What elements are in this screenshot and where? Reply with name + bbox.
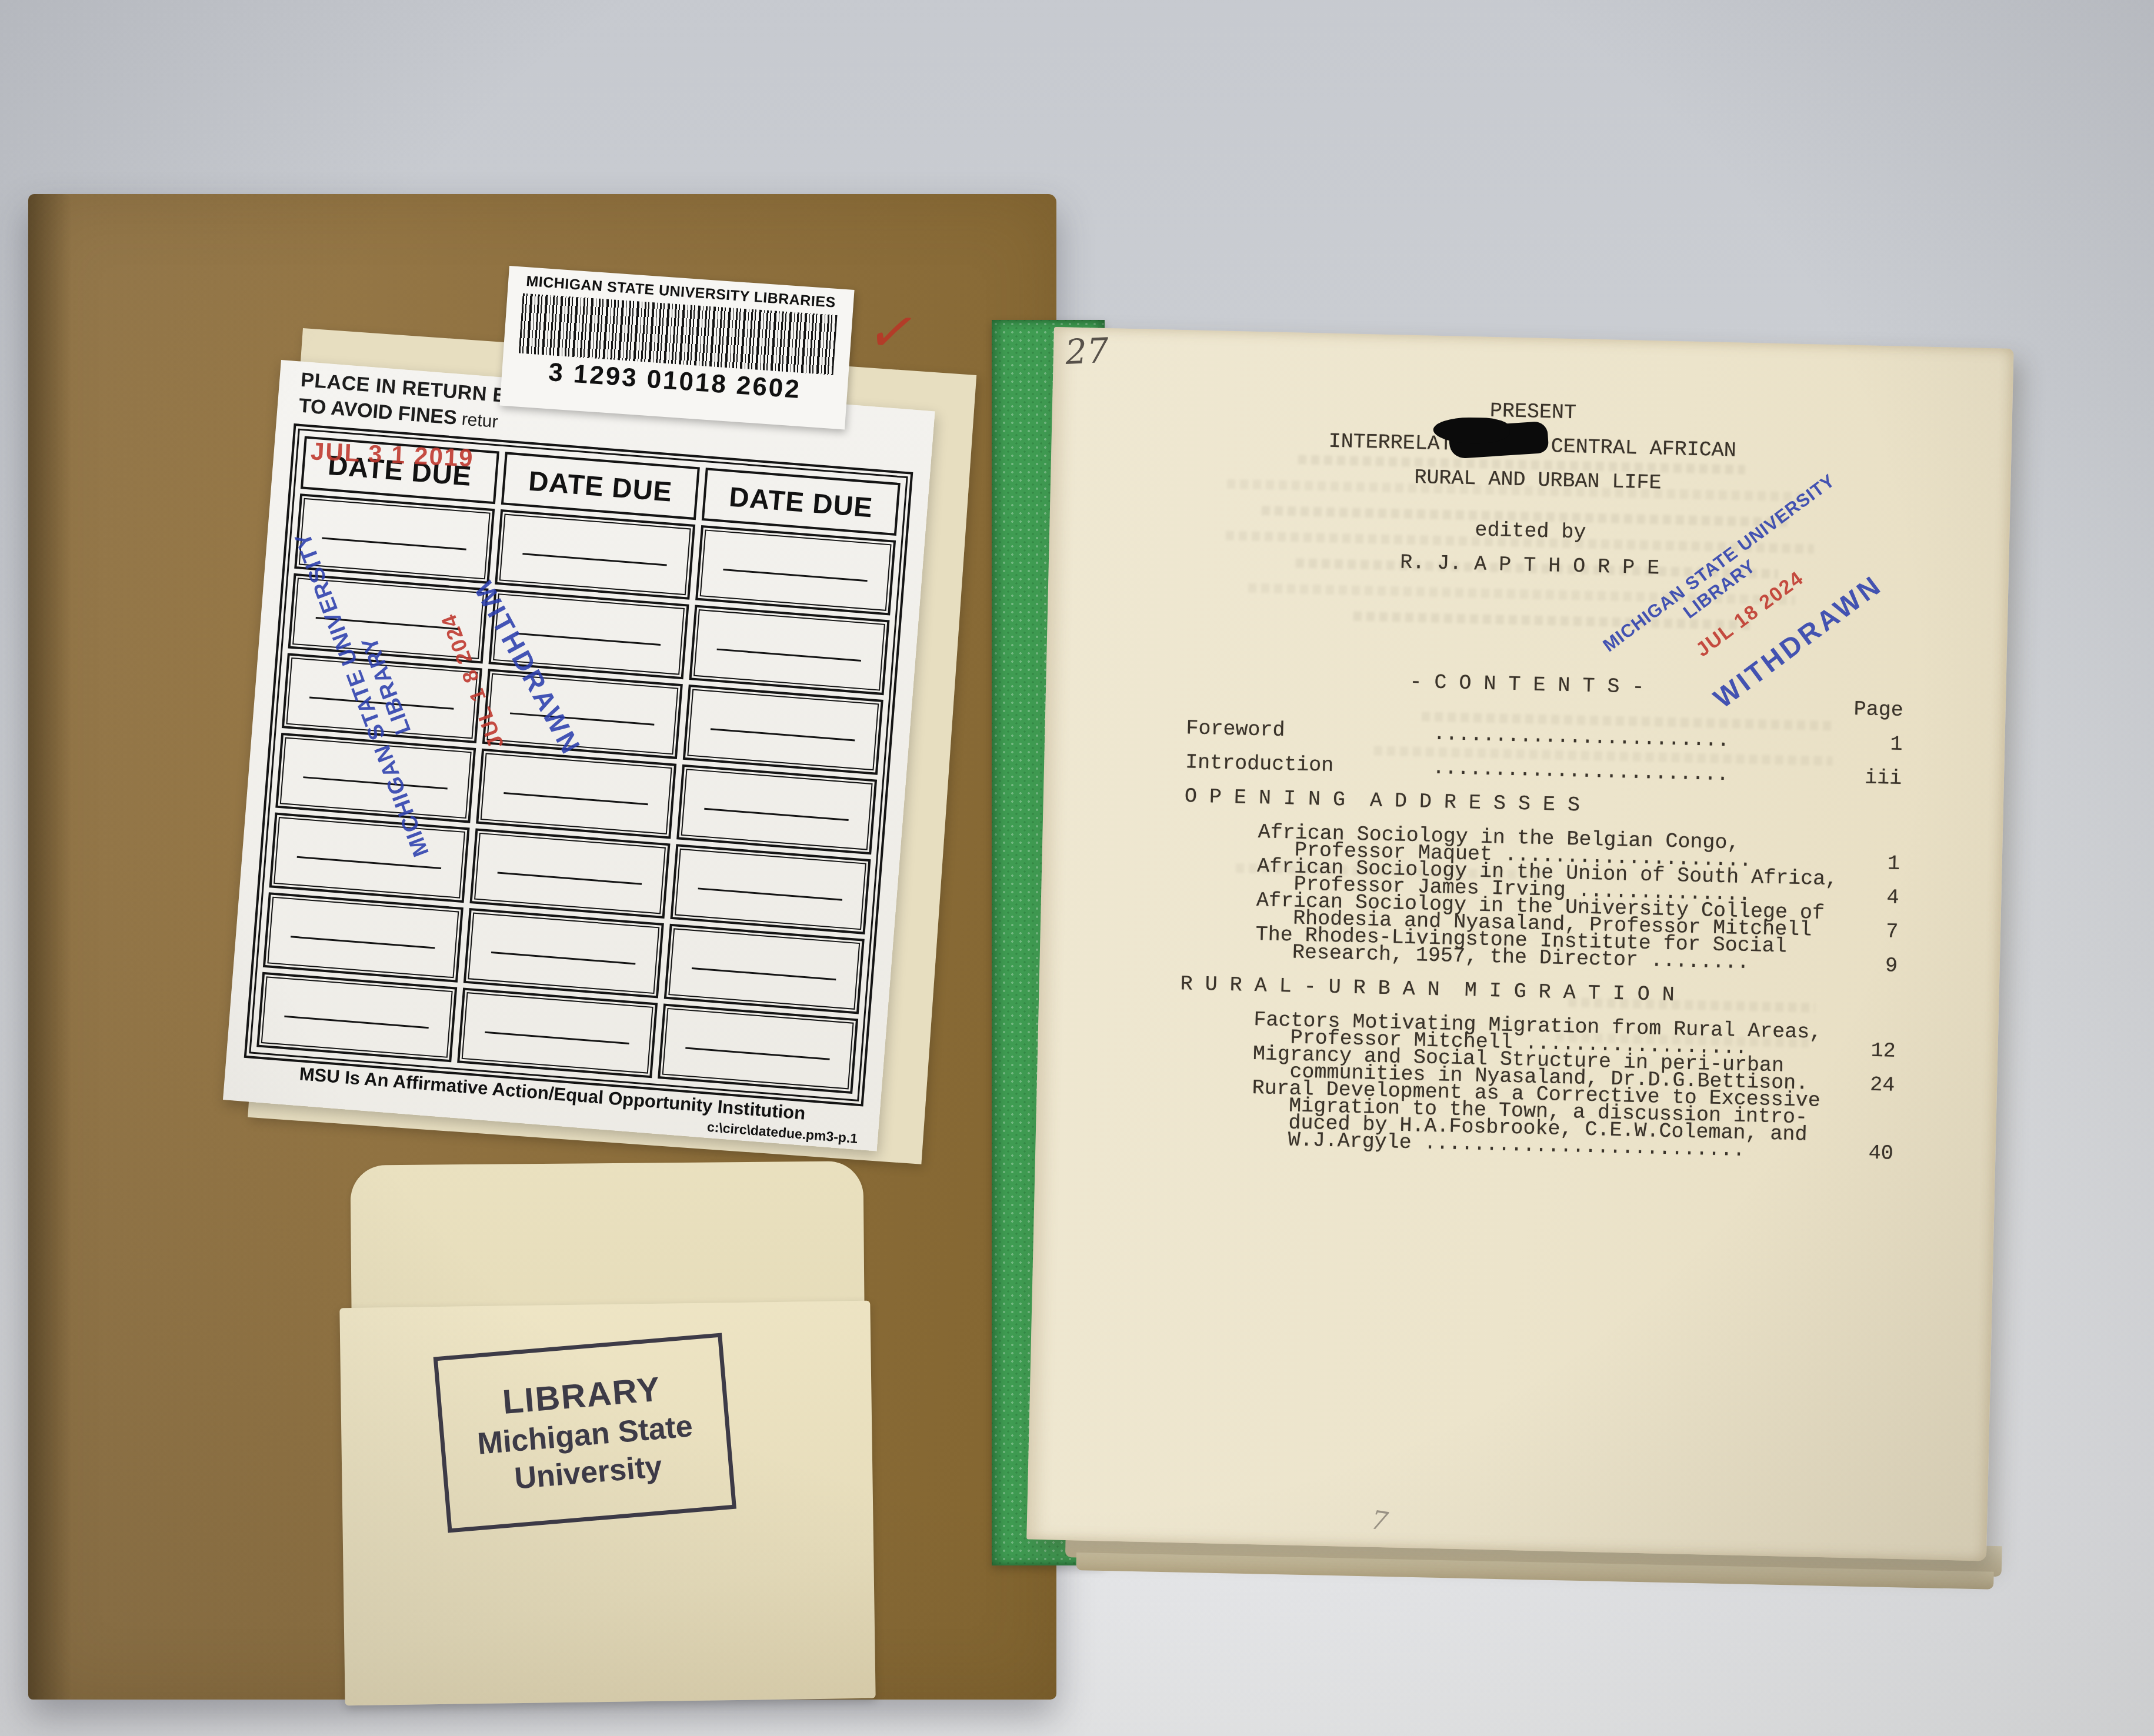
date-cell [282, 653, 482, 743]
date-cell [469, 828, 670, 919]
black-redaction-mark [1448, 421, 1549, 459]
library-ownership-stamp: LIBRARY Michigan State University [434, 1333, 736, 1533]
date-cell [689, 605, 889, 695]
date-cell [288, 573, 489, 664]
photo-of-open-library-book: { "colors": { "table_gray": "#cdd0d5", "… [0, 0, 2154, 1736]
date-cell [658, 1003, 858, 1094]
date-cell [695, 525, 896, 616]
date-cell [476, 749, 676, 839]
date-cell [683, 685, 883, 775]
typewritten-title-and-contents: PRESENT INTERRELATIONS IN CENTRAL AFRICA… [1176, 396, 1910, 1162]
title-contents-page: 27 PRESENT INTERRELATIONS IN CENTRAL AFR… [1026, 327, 2013, 1561]
pencil-note: 27 [1065, 330, 1110, 372]
date-cell [664, 924, 865, 1014]
slip-instruction-line2-tail: retur [456, 409, 498, 432]
date-cell [457, 988, 658, 1079]
date-due-header: DATE DUE [301, 436, 499, 505]
book-pocket: LIBRARY Michigan State University [339, 1301, 875, 1706]
date-due-column: DATE DUE [457, 452, 700, 1078]
date-cell [482, 669, 683, 759]
date-cell [256, 972, 457, 1063]
date-due-header: DATE DUE [501, 452, 700, 520]
pencil-note: 7 [1369, 1505, 1390, 1537]
date-cell [495, 509, 695, 600]
date-due-slip: PLACE IN RETURN BO TO AVOID FINES retur … [223, 360, 935, 1151]
date-cell [676, 764, 877, 855]
date-due-column: DATE DUE [256, 436, 499, 1063]
date-cell [489, 589, 689, 680]
date-due-column: DATE DUE [658, 468, 901, 1094]
barcode-label: MICHIGAN STATE UNIVERSITY LIBRARIES 3 12… [499, 266, 854, 429]
date-cell [464, 908, 664, 999]
date-cell [269, 813, 470, 903]
date-cell [263, 892, 464, 983]
date-cell [294, 493, 495, 584]
date-due-grid: DATE DUE DATE DUE DATE DUE [244, 423, 913, 1107]
date-cell [275, 733, 476, 823]
date-due-header: DATE DUE [702, 468, 901, 536]
date-cell [670, 844, 871, 934]
